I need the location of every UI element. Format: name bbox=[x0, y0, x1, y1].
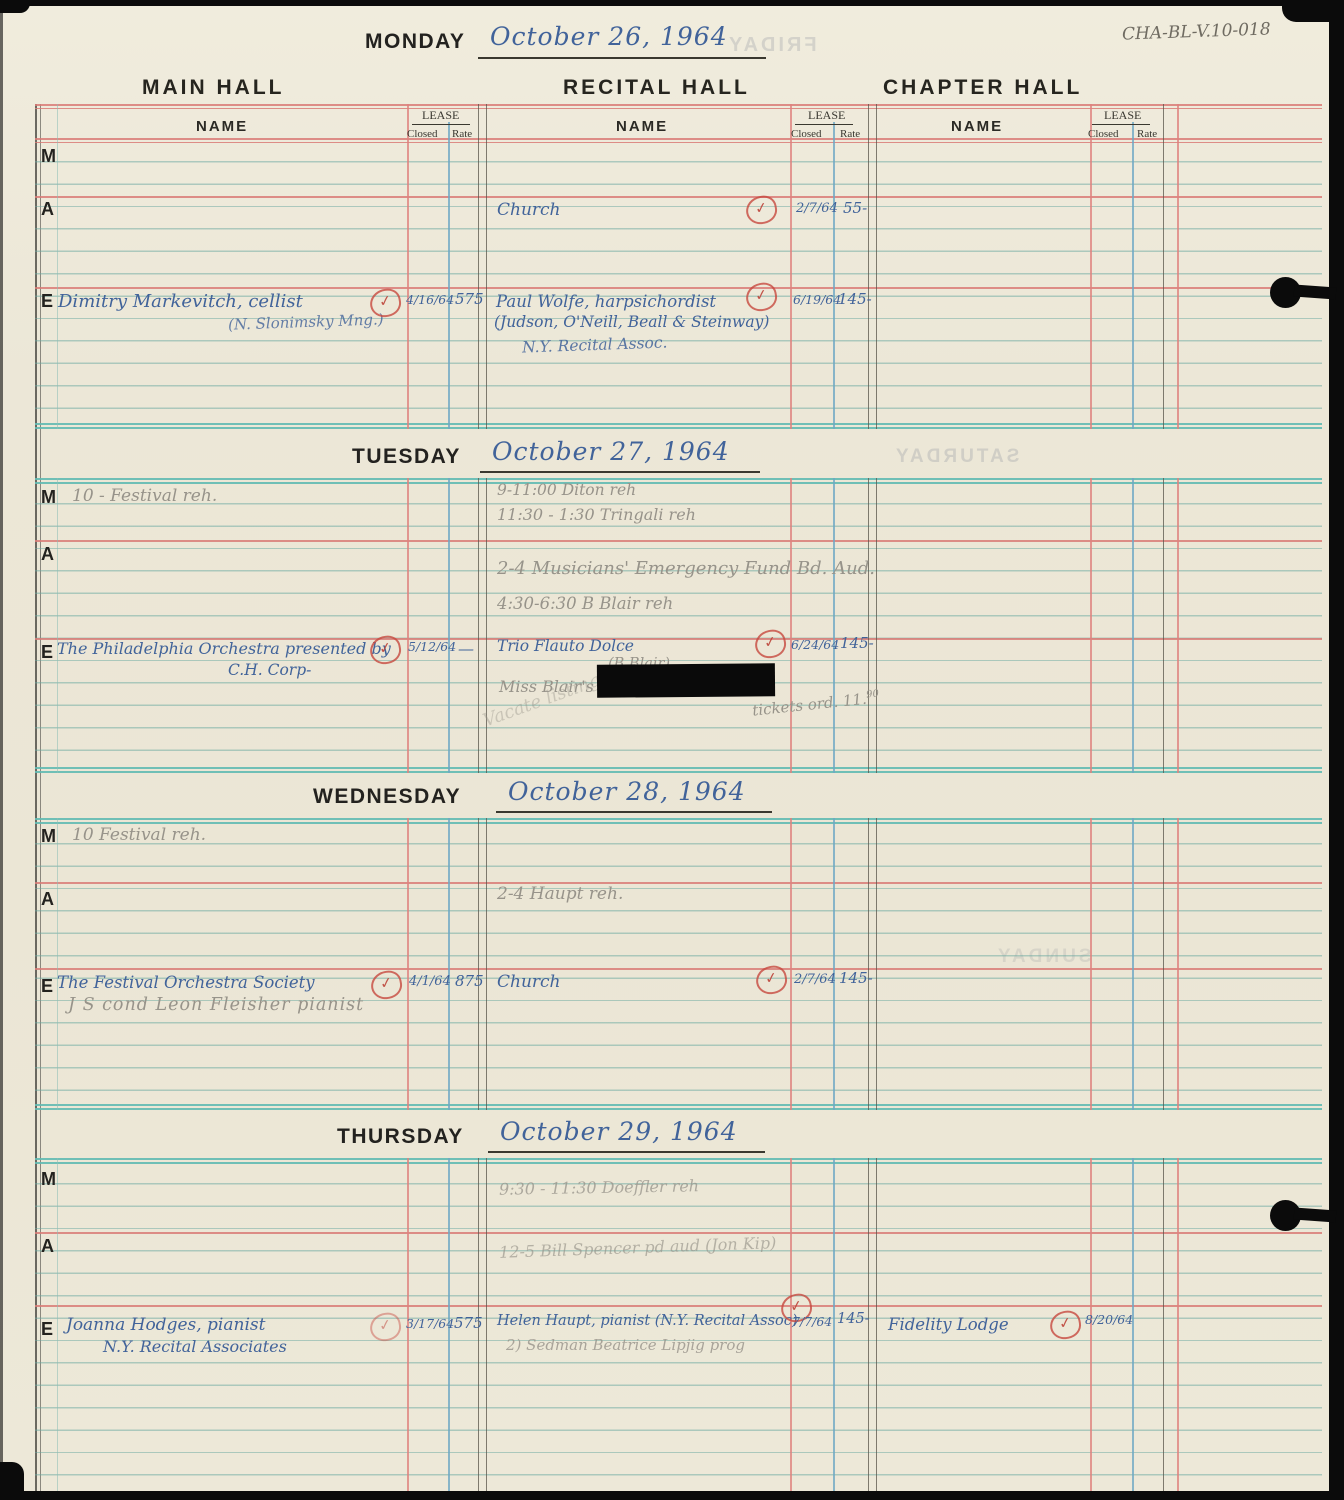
entry-tuesday-main-e-name: The Philadelphia Orchestra presented by bbox=[57, 639, 391, 658]
rule bbox=[35, 1158, 1322, 1160]
row-label-e-monday: E bbox=[41, 291, 53, 312]
scan-edge-top bbox=[0, 0, 1344, 6]
row-label-e-wednesday: E bbox=[41, 976, 53, 997]
row-label-a-monday: A bbox=[41, 199, 54, 220]
entry-monday-recital-e-line2: (Judson, O'Neill, Beall & Steinway) bbox=[494, 313, 769, 331]
col-header-name-recital: NAME bbox=[616, 118, 668, 135]
rule bbox=[35, 138, 1322, 140]
entry-thursday-main-e-line2: N.Y. Recital Associates bbox=[103, 1337, 287, 1356]
lease-label-main: LEASE bbox=[422, 108, 459, 123]
rule bbox=[412, 124, 470, 125]
rule bbox=[478, 104, 479, 429]
rule bbox=[1177, 818, 1179, 1110]
rule bbox=[496, 811, 772, 813]
row-label-e-tuesday: E bbox=[41, 642, 53, 663]
rule bbox=[57, 478, 58, 773]
rule bbox=[868, 818, 869, 1110]
rule bbox=[1092, 124, 1150, 125]
day-title-wednesday: WEDNESDAY bbox=[313, 785, 461, 809]
lease-label-recital: LEASE bbox=[808, 108, 845, 123]
rule bbox=[833, 1158, 835, 1500]
rule bbox=[486, 104, 487, 429]
rule bbox=[790, 1158, 792, 1500]
entry-tuesday-main-e-rate: — bbox=[458, 639, 474, 658]
rule bbox=[1163, 104, 1164, 429]
entry-thursday-chapter-e-name: Fidelity Lodge bbox=[888, 1315, 1009, 1334]
row-label-e-thursday: E bbox=[41, 1319, 53, 1340]
rule bbox=[35, 287, 1322, 289]
rule bbox=[790, 478, 792, 773]
entry-tuesday-recital-e-name: Trio Flauto Dolce bbox=[497, 637, 634, 655]
ledger-page: FRIDAY SATURDAY SUNDAY CHA-BL-V.10-018 M… bbox=[0, 0, 1344, 1500]
rule bbox=[57, 104, 58, 429]
date-tuesday: October 27, 1964 bbox=[492, 437, 730, 466]
rule bbox=[35, 968, 1322, 970]
closed-label-main: Closed bbox=[407, 128, 438, 140]
rule bbox=[868, 1158, 869, 1500]
rule bbox=[35, 1108, 1322, 1110]
entry-thursday-chapter-e-closed: 8/20/64 bbox=[1085, 1312, 1133, 1327]
table-wednesday bbox=[35, 818, 1322, 1110]
note-sup: 90 bbox=[866, 688, 880, 700]
rate-label-main: Rate bbox=[452, 128, 472, 140]
entry-tuesday-recital-a1: 2-4 Musicians' Emergency Fund Bd. Aud. bbox=[497, 558, 875, 579]
day-title-thursday: THURSDAY bbox=[337, 1125, 464, 1149]
entry-tuesday-main-e-line2: C.H. Corp- bbox=[228, 661, 311, 679]
entry-wednesday-recital-e-name: Church bbox=[497, 972, 561, 992]
ruled-lines bbox=[35, 822, 1322, 1104]
entry-thursday-main-e-closed: 3/17/64 bbox=[406, 1316, 454, 1331]
rule bbox=[1177, 1158, 1179, 1500]
entry-monday-recital-a-rate: 55- bbox=[843, 199, 867, 217]
rate-label-recital: Rate bbox=[840, 128, 860, 140]
rule bbox=[1132, 122, 1134, 429]
scan-edge-bottom-left bbox=[0, 1462, 24, 1500]
rule bbox=[35, 142, 1322, 144]
rule bbox=[833, 818, 835, 1110]
rule bbox=[35, 1104, 1322, 1106]
date-monday: October 26, 1964 bbox=[490, 22, 728, 51]
scan-edge-left bbox=[0, 0, 3, 1500]
rule bbox=[478, 478, 479, 773]
entry-monday-recital-a-closed: 2/7/64 bbox=[796, 201, 838, 216]
rate-label-chapter: Rate bbox=[1137, 128, 1157, 140]
rule bbox=[35, 818, 1322, 820]
table-monday bbox=[35, 104, 1322, 429]
bleedthrough-friday: FRIDAY bbox=[726, 34, 817, 57]
rule bbox=[876, 478, 877, 773]
rule bbox=[35, 196, 1322, 198]
entry-tuesday-recital-m2: 11:30 - 1:30 Tringali reh bbox=[497, 505, 696, 524]
entry-tuesday-recital-a2: 4:30-6:30 B Blair reh bbox=[497, 594, 673, 613]
entry-thursday-recital-e-rate: 145- bbox=[837, 1311, 870, 1327]
entry-monday-recital-e-rate: 145- bbox=[838, 290, 872, 308]
scan-edge-top-left bbox=[0, 0, 30, 13]
rule bbox=[478, 818, 479, 1110]
entry-tuesday-main-e-closed: 5/12/64 bbox=[408, 639, 456, 654]
entry-wednesday-main-m: 10 Festival reh. bbox=[72, 825, 206, 845]
rule bbox=[35, 767, 1322, 769]
rule bbox=[1132, 1158, 1134, 1500]
entry-thursday-recital-e-name: Helen Haupt, pianist (N.Y. Recital Assoc… bbox=[497, 1313, 798, 1329]
entry-tuesday-recital-e-line3: Miss Blair's bbox=[499, 677, 594, 696]
hall-header-recital: RECITAL HALL bbox=[563, 76, 750, 100]
rule bbox=[480, 471, 760, 473]
rule bbox=[35, 822, 1322, 824]
entry-wednesday-recital-a1: 2-4 Haupt reh. bbox=[497, 884, 623, 904]
day-title-monday: MONDAY bbox=[365, 30, 465, 54]
rule bbox=[35, 1162, 1322, 1164]
scan-edge-bottom bbox=[0, 1491, 1344, 1500]
row-label-a-thursday: A bbox=[41, 1236, 54, 1257]
entry-wednesday-main-e-rate: 875 bbox=[455, 972, 484, 990]
date-thursday: October 29, 1964 bbox=[500, 1117, 738, 1146]
entry-thursday-recital-e-line2: 2) Sedman Beatrice Lipjig prog bbox=[506, 1336, 745, 1354]
rule bbox=[35, 1232, 1322, 1234]
rule bbox=[486, 818, 487, 1110]
rule bbox=[795, 124, 853, 125]
row-label-a-tuesday: A bbox=[41, 544, 54, 565]
entry-wednesday-recital-e-closed: 2/7/64 bbox=[794, 972, 836, 987]
entry-monday-main-e-closed: 4/16/64 bbox=[406, 292, 454, 307]
scan-edge-right bbox=[1329, 0, 1344, 1500]
row-label-a-wednesday: A bbox=[41, 889, 54, 910]
rule bbox=[1090, 818, 1092, 1110]
entry-thursday-recital-m1: 9:30 - 11:30 Doeffler reh bbox=[499, 1176, 699, 1198]
rule bbox=[35, 882, 1322, 884]
row-label-m-thursday: M bbox=[41, 1169, 56, 1190]
ruled-lines bbox=[35, 482, 1322, 767]
rule bbox=[876, 1158, 877, 1500]
day-title-tuesday: TUESDAY bbox=[352, 445, 461, 469]
redaction-bar bbox=[597, 663, 775, 698]
entry-monday-main-e-name: Dimitry Markevitch, cellist bbox=[58, 291, 303, 312]
entry-monday-recital-a-name: Church bbox=[497, 200, 561, 220]
row-label-m-monday: M bbox=[41, 146, 56, 167]
rule bbox=[1177, 104, 1179, 429]
rule bbox=[833, 122, 835, 429]
row-label-m-wednesday: M bbox=[41, 826, 56, 847]
rule bbox=[35, 540, 1322, 542]
entry-thursday-main-e-name: Joanna Hodges, pianist bbox=[66, 1315, 265, 1335]
rule bbox=[1163, 818, 1164, 1110]
closed-label-chapter: Closed bbox=[1088, 128, 1119, 140]
rule bbox=[790, 104, 792, 429]
hall-header-main: MAIN HALL bbox=[142, 76, 284, 100]
rule bbox=[57, 818, 58, 1110]
ruled-lines bbox=[35, 140, 1322, 425]
entry-tuesday-recital-e-rate: 145- bbox=[840, 634, 874, 652]
entry-wednesday-main-e-line2: J S cond Leon Fleisher pianist bbox=[68, 995, 364, 1015]
rule bbox=[876, 818, 877, 1110]
rule bbox=[57, 1158, 58, 1500]
entry-tuesday-recital-m1: 9-11:00 Diton reh bbox=[497, 481, 636, 499]
rule bbox=[1090, 1158, 1092, 1500]
rule bbox=[35, 104, 1322, 106]
rule bbox=[35, 482, 1322, 484]
entry-wednesday-recital-e-rate: 145- bbox=[839, 969, 873, 987]
col-header-name-chapter: NAME bbox=[951, 118, 1003, 135]
rule bbox=[876, 104, 877, 429]
hall-header-chapter: CHAPTER HALL bbox=[883, 76, 1082, 100]
rule bbox=[488, 1151, 765, 1153]
rule bbox=[407, 104, 409, 429]
rule bbox=[1177, 478, 1179, 773]
rule bbox=[35, 478, 1322, 480]
rule bbox=[35, 423, 1322, 425]
closed-label-recital: Closed bbox=[791, 128, 822, 140]
rule bbox=[407, 478, 409, 773]
rule bbox=[407, 818, 409, 1110]
lease-label-chapter: LEASE bbox=[1104, 108, 1141, 123]
entry-wednesday-main-e-name: The Festival Orchestra Society bbox=[57, 973, 315, 992]
rule bbox=[1090, 104, 1092, 429]
col-header-name-main: NAME bbox=[196, 118, 248, 135]
entry-monday-recital-e-name: Paul Wolfe, harpsichordist bbox=[496, 292, 716, 311]
rule bbox=[486, 1158, 487, 1500]
rule bbox=[35, 1305, 1322, 1307]
rule bbox=[448, 478, 450, 773]
entry-thursday-recital-e-closed: 7/7/64 bbox=[792, 1314, 832, 1329]
reference-code: CHA-BL-V.10-018 bbox=[1122, 19, 1271, 44]
rule bbox=[833, 478, 835, 773]
bleedthrough-saturday: SATURDAY bbox=[893, 446, 1019, 468]
rule bbox=[35, 771, 1322, 773]
rule bbox=[1132, 478, 1134, 773]
rule bbox=[1163, 1158, 1164, 1500]
entry-tuesday-recital-e-closed: 6/24/64 bbox=[791, 637, 839, 652]
rule bbox=[478, 57, 766, 59]
rule bbox=[1090, 478, 1092, 773]
rule bbox=[790, 818, 792, 1110]
entry-thursday-main-e-rate: 575 bbox=[454, 1314, 483, 1332]
rule bbox=[1132, 818, 1134, 1110]
row-label-m-tuesday: M bbox=[41, 487, 56, 508]
entry-wednesday-main-e-closed: 4/1/64 bbox=[409, 974, 451, 989]
rule bbox=[448, 122, 450, 429]
rule bbox=[1163, 478, 1164, 773]
entry-tuesday-main-m: 10 - Festival reh. bbox=[72, 486, 217, 506]
rule bbox=[868, 478, 869, 773]
rule bbox=[868, 104, 869, 429]
rule bbox=[35, 427, 1322, 429]
date-wednesday: October 28, 1964 bbox=[508, 777, 746, 806]
rule bbox=[448, 818, 450, 1110]
entry-monday-recital-e-closed: 6/19/64 bbox=[793, 292, 841, 307]
entry-monday-main-e-rate: 575 bbox=[455, 290, 484, 308]
